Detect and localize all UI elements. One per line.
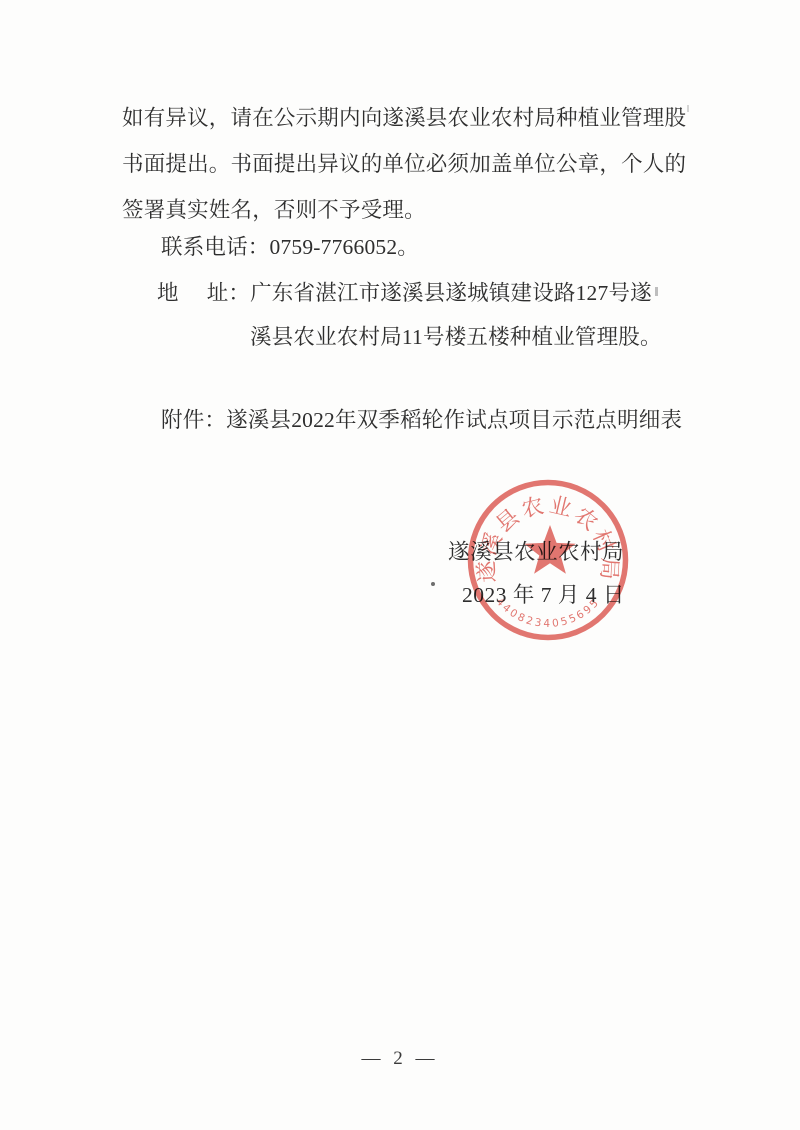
paragraph-line-1: 如有异议，请在公示期内向遂溪县农业农村局种植业管理股 <box>122 104 686 132</box>
address-label-part2: 址： <box>207 279 250 307</box>
scan-speck-tick <box>687 105 689 112</box>
scan-speck-mark <box>655 287 658 296</box>
signature-agency: 遂溪县农业农村局 <box>448 538 624 566</box>
signature-date: 2023 年 7 月 4 日 <box>462 581 625 609</box>
address-value-line1: 广东省湛江市遂溪县遂城镇建设路127号遂 <box>250 279 652 307</box>
paragraph-line-3: 签署真实姓名，否则不予受理。 <box>122 196 426 224</box>
address-value-line2: 溪县农业农村局11号楼五楼种植业管理股。 <box>250 323 662 351</box>
attachment-line: 附件：遂溪县2022年双季稻轮作试点项目示范点明细表 <box>161 406 682 434</box>
page-number: — 2 — <box>0 1048 800 1070</box>
address-line-1: 地 址： 广东省湛江市遂溪县遂城镇建设路127号遂 <box>157 279 652 307</box>
document-page: 如有异议，请在公示期内向遂溪县农业农村局种植业管理股 书面提出。书面提出异议的单… <box>0 0 800 1130</box>
address-label-part1: 地 <box>157 279 179 307</box>
scan-speck-dot <box>431 582 435 586</box>
paragraph-line-2: 书面提出。书面提出异议的单位必须加盖单位公章，个人的 <box>122 150 686 178</box>
contact-phone-line: 联系电话：0759-7766052。 <box>161 233 419 261</box>
